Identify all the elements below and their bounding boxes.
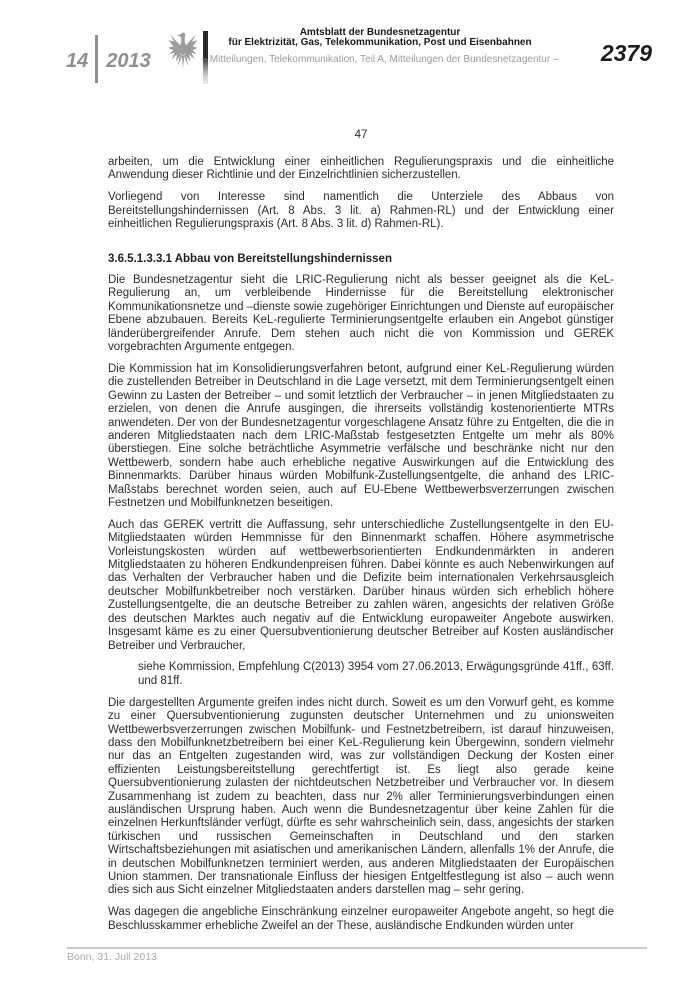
paragraph-4: Die Kommission hat im Konsolidierungsver… (108, 363, 614, 510)
masthead-subtitle: – Mitteilungen, Telekommunikation, Teil … (200, 55, 560, 65)
masthead-title-line2: für Elektrizität, Gas, Telekommunikation… (200, 38, 560, 48)
issue-year: 2013 (106, 51, 151, 83)
footer-date: Bonn, 31. Juli 2013 (67, 951, 157, 963)
federal-eagle-icon (168, 31, 198, 73)
paragraph-3: Die Bundesnetzagentur sieht die LRIC-Reg… (108, 274, 614, 354)
paragraph-7: Was dagegen die angebliche Einschränkung… (108, 906, 614, 933)
issue-separator-bar (95, 35, 98, 83)
paragraph-2: Vorliegend von Interesse sind namentlich… (108, 191, 614, 231)
issue-block: 14 2013 (66, 35, 151, 83)
folio-page-number: 2379 (601, 42, 652, 65)
masthead: Amtsblatt der Bundesnetzagentur für Elek… (200, 28, 560, 65)
paragraph-6: Die dargestellten Argumente greifen inde… (108, 697, 614, 898)
paragraph-5: Auch das GEREK vertritt die Auffassung, … (108, 519, 614, 653)
citation-block: siehe Kommission, Empfehlung C(2013) 395… (108, 661, 614, 688)
document-body: 47 arbeiten, um die Entwicklung einer ei… (108, 129, 614, 941)
footer-divider (67, 947, 647, 949)
section-heading: 3.6.5.1.3.3.1 Abbau von Bereitstellungsh… (108, 253, 614, 266)
inner-page-number: 47 (108, 129, 614, 141)
paragraph-1: arbeiten, um die Entwicklung einer einhe… (108, 156, 614, 183)
gazette-page: 14 2013 Am (0, 0, 700, 990)
issue-number: 14 (66, 51, 88, 83)
